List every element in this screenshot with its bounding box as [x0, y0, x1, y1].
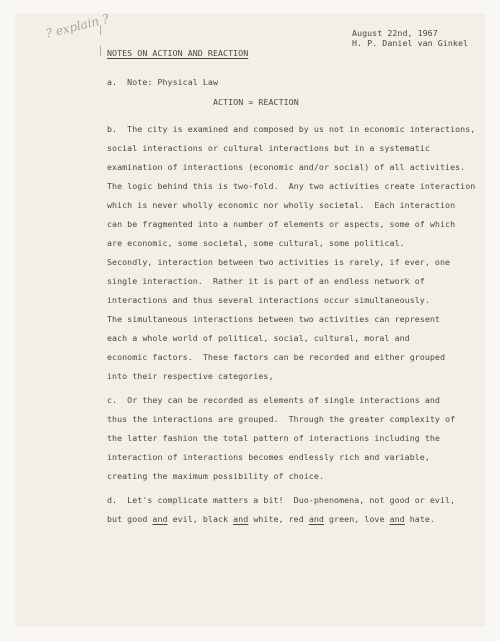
paragraph-line: The simultaneous interactions between tw…: [107, 314, 440, 324]
paragraph-line: d. Let's complicate matters a bit! Duo-p…: [107, 495, 455, 505]
section-a-formula: ACTION = REACTION: [213, 97, 299, 107]
underlined-word: and: [390, 514, 405, 524]
paragraph-line: b. The city is examined and composed by …: [107, 124, 475, 134]
text-run: white, red: [248, 514, 309, 524]
paragraph-line: interactions and thus several interactio…: [107, 295, 430, 305]
paragraph-line: economic factors. These factors can be r…: [107, 352, 445, 362]
text-run: green, love: [324, 514, 390, 524]
text-run: hate.: [405, 514, 435, 524]
underlined-word: and: [233, 514, 248, 524]
margin-mark: [100, 46, 101, 56]
paragraph-line: The logic behind this is two-fold. Any t…: [107, 181, 475, 191]
document-page: ? explain ? August 22nd, 1967 H. P. Dani…: [16, 14, 485, 626]
paragraph-line: examination of interactions (economic an…: [107, 162, 465, 172]
document-header: August 22nd, 1967 H. P. Daniel van Ginke…: [352, 28, 468, 48]
margin-mark: [100, 25, 101, 35]
document-title: NOTES ON ACTION AND REACTION: [107, 48, 248, 58]
paragraph-line: interaction of interactions becomes endl…: [107, 452, 430, 462]
paragraph-line: which is never wholly economic nor wholl…: [107, 200, 455, 210]
underlined-word: and: [152, 514, 167, 524]
paragraph-line: each a whole world of political, social,…: [107, 333, 410, 343]
paragraph-line: the latter fashion the total pattern of …: [107, 433, 440, 443]
paragraph-line: thus the interactions are grouped. Throu…: [107, 414, 455, 424]
paragraph-line: are economic, some societal, some cultur…: [107, 238, 405, 248]
document-date: August 22nd, 1967: [352, 28, 468, 38]
text-run: but good: [107, 514, 152, 524]
paragraph-line: can be fragmented into a number of eleme…: [107, 219, 455, 229]
underlined-word: and: [309, 514, 324, 524]
paragraph-line: social interactions or cultural interact…: [107, 143, 430, 153]
paragraph-line: into their respective categories,: [107, 371, 274, 381]
paragraph-line: but good and evil, black and white, red …: [107, 514, 435, 524]
paragraph-line: c. Or they can be recorded as elements o…: [107, 395, 440, 405]
paragraph-line: single interaction. Rather it is part of…: [107, 276, 425, 286]
paragraph-line: Secondly, interaction between two activi…: [107, 257, 450, 267]
paragraph-line: creating the maximum possibility of choi…: [107, 471, 324, 481]
document-author: H. P. Daniel van Ginkel: [352, 38, 468, 48]
section-a-label: a. Note: Physical Law: [107, 77, 218, 87]
text-run: evil, black: [168, 514, 234, 524]
